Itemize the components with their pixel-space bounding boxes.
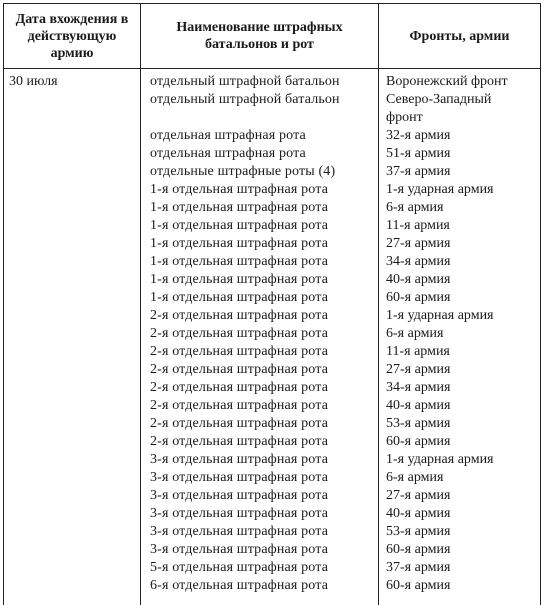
unit-name: 1-я отдельная штрафная рота xyxy=(150,235,378,253)
front-name: фронт xyxy=(386,109,540,127)
date-cell: 30 июля xyxy=(4,69,141,605)
front-name: 6-я армия xyxy=(386,469,540,487)
front-name: 40-я армия xyxy=(386,505,540,523)
front-name: 32-я армия xyxy=(386,127,540,145)
front-name: 27-я армия xyxy=(386,487,540,505)
front-name: 37-я армия xyxy=(386,163,540,181)
front-name: 51-я армия xyxy=(386,145,540,163)
unit-name: 1-я отдельная штрафная рота xyxy=(150,253,378,271)
unit-name: 1-я отдельная штрафная рота xyxy=(150,217,378,235)
front-name: 1-я ударная армия xyxy=(386,307,540,325)
unit-name: 2-я отдельная штрафная рота xyxy=(150,397,378,415)
unit-name: 3-я отдельная штрафная рота xyxy=(150,469,378,487)
unit-name: отдельный штрафной батальон xyxy=(150,73,378,91)
front-name: 53-я армия xyxy=(386,415,540,433)
front-name: 60-я армия xyxy=(386,289,540,307)
header-units: Наименование штрафных батальонов и рот xyxy=(141,4,379,69)
unit-name: 3-я отдельная штрафная рота xyxy=(150,523,378,541)
front-name: 6-я армия xyxy=(386,199,540,217)
unit-name: 6-я отдельная штрафная рота xyxy=(150,577,378,595)
front-name: 6-я армия xyxy=(386,325,540,343)
header-row: Дата вхождения в действующую армию Наиме… xyxy=(4,4,541,69)
unit-name: 2-я отдельная штрафная рота xyxy=(150,379,378,397)
front-name: 11-я армия xyxy=(386,217,540,235)
unit-name: 2-я отдельная штрафная рота xyxy=(150,433,378,451)
fronts-column: Воронежский фронтСеверо-Западныйфронт32-… xyxy=(379,69,541,605)
front-name: 40-я армия xyxy=(386,271,540,289)
units-column: отдельный штрафной батальонотдельный штр… xyxy=(141,69,379,605)
front-name: Воронежский фронт xyxy=(386,73,540,91)
unit-name: 3-я отдельная штрафная рота xyxy=(150,505,378,523)
unit-name: отдельные штрафные роты (4) xyxy=(150,163,378,181)
front-name: 34-я армия xyxy=(386,253,540,271)
front-name: 1-я ударная армия xyxy=(386,181,540,199)
front-name: 53-я армия xyxy=(386,523,540,541)
unit-name: 1-я отдельная штрафная рота xyxy=(150,271,378,289)
front-name: 34-я армия xyxy=(386,379,540,397)
unit-name xyxy=(150,109,378,127)
unit-name: 2-я отдельная штрафная рота xyxy=(150,415,378,433)
front-name: 60-я армия xyxy=(386,541,540,559)
unit-name: 1-я отдельная штрафная рота xyxy=(150,289,378,307)
unit-name: 3-я отдельная штрафная рота xyxy=(150,451,378,469)
unit-name: 1-я отдельная штрафная рота xyxy=(150,181,378,199)
front-name: 37-я армия xyxy=(386,559,540,577)
table-body-row: 30 июля отдельный штрафной батальонотдел… xyxy=(4,69,541,605)
front-name: 40-я армия xyxy=(386,397,540,415)
penal-units-table: Дата вхождения в действующую армию Наиме… xyxy=(3,3,541,605)
unit-name: 1-я отдельная штрафная рота xyxy=(150,199,378,217)
front-name: 11-я армия xyxy=(386,343,540,361)
front-name: 60-я армия xyxy=(386,433,540,451)
date-value: 30 июля xyxy=(9,73,140,91)
unit-name: 5-я отдельная штрафная рота xyxy=(150,559,378,577)
unit-name: отдельный штрафной батальон xyxy=(150,91,378,109)
front-name: 60-я армия xyxy=(386,577,540,595)
unit-name: 3-я отдельная штрафная рота xyxy=(150,541,378,559)
unit-name: 2-я отдельная штрафная рота xyxy=(150,343,378,361)
header-fronts: Фронты, армии xyxy=(379,4,541,69)
front-name: 27-я армия xyxy=(386,361,540,379)
front-name: 1-я ударная армия xyxy=(386,451,540,469)
unit-name: 3-я отдельная штрафная рота xyxy=(150,487,378,505)
unit-name: 2-я отдельная штрафная рота xyxy=(150,361,378,379)
unit-name: 2-я отдельная штрафная рота xyxy=(150,325,378,343)
unit-name: 2-я отдельная штрафная рота xyxy=(150,307,378,325)
front-name: Северо-Западный xyxy=(386,91,540,109)
header-date: Дата вхождения в действующую армию xyxy=(4,4,141,69)
front-name: 27-я армия xyxy=(386,235,540,253)
unit-name: отдельная штрафная рота xyxy=(150,127,378,145)
unit-name: отдельная штрафная рота xyxy=(150,145,378,163)
